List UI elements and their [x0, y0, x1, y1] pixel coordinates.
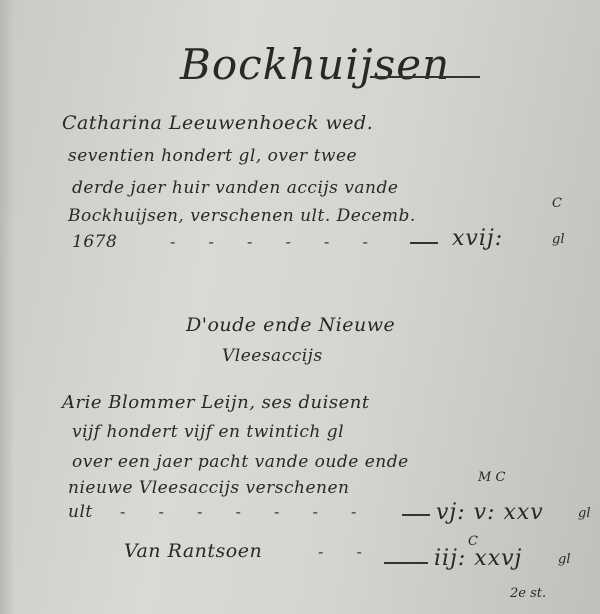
- leader-rule: [402, 514, 430, 516]
- manuscript-page: Bockhuijsen Catharina Leeuwenhoeck wed. …: [0, 0, 600, 614]
- entry2-line-5: ult: [68, 502, 93, 522]
- page-edge-shadow: [0, 0, 14, 614]
- entry3-amount-unit: gl: [558, 552, 570, 567]
- page-title: Bockhuijsen: [180, 40, 450, 89]
- entry2-line-3: over een jaer pacht vande oude ende: [72, 452, 409, 472]
- entry1-line-1: Catharina Leeuwenhoeck wed.: [62, 112, 373, 134]
- entry2-line-1: Arie Blommer Leijn, ses duisent: [62, 392, 370, 413]
- entry1-amount-unit: gl: [552, 232, 564, 247]
- section-heading-line-1: D'oude ende Nieuwe: [186, 314, 395, 336]
- entry1-line-5: 1678: [72, 232, 117, 252]
- entry1-line-2: seventien hondert gl, over twee: [68, 146, 357, 166]
- entry2-line-2: vijf hondert vijf en twintich gl: [72, 422, 344, 442]
- entry1-amount: xvij:: [452, 226, 503, 251]
- leader-rule: [410, 242, 438, 244]
- leader-dashes: - - - - - - -: [120, 502, 370, 521]
- entry3-amount-sup: C: [468, 534, 478, 549]
- entry2-amount-unit: gl: [578, 506, 590, 521]
- section-heading-line-2: Vleesaccijs: [222, 346, 323, 366]
- entry2-line-4: nieuwe Vleesaccijs verschenen: [68, 478, 350, 498]
- entry3-amount: iij: xxvj: [434, 546, 522, 571]
- leader-dashes: - - - - - -: [170, 232, 382, 251]
- entry1-line-4: Bockhuijsen, verschenen ult. Decemb.: [68, 206, 416, 226]
- leader-rule: [384, 562, 428, 564]
- entry2-amount-sup: M C: [478, 470, 505, 485]
- entry1-line-3: derde jaer huir vanden accijs vande: [72, 178, 398, 198]
- leader-dashes: - -: [318, 542, 376, 561]
- entry3-amount-note: 2e st.: [510, 586, 546, 601]
- entry3-name: Van Rantsoen: [124, 540, 262, 562]
- entry1-amount-sup: C: [552, 196, 562, 211]
- entry2-amount: vj: v: xxv: [436, 500, 544, 525]
- title-flourish-rule: [370, 76, 480, 78]
